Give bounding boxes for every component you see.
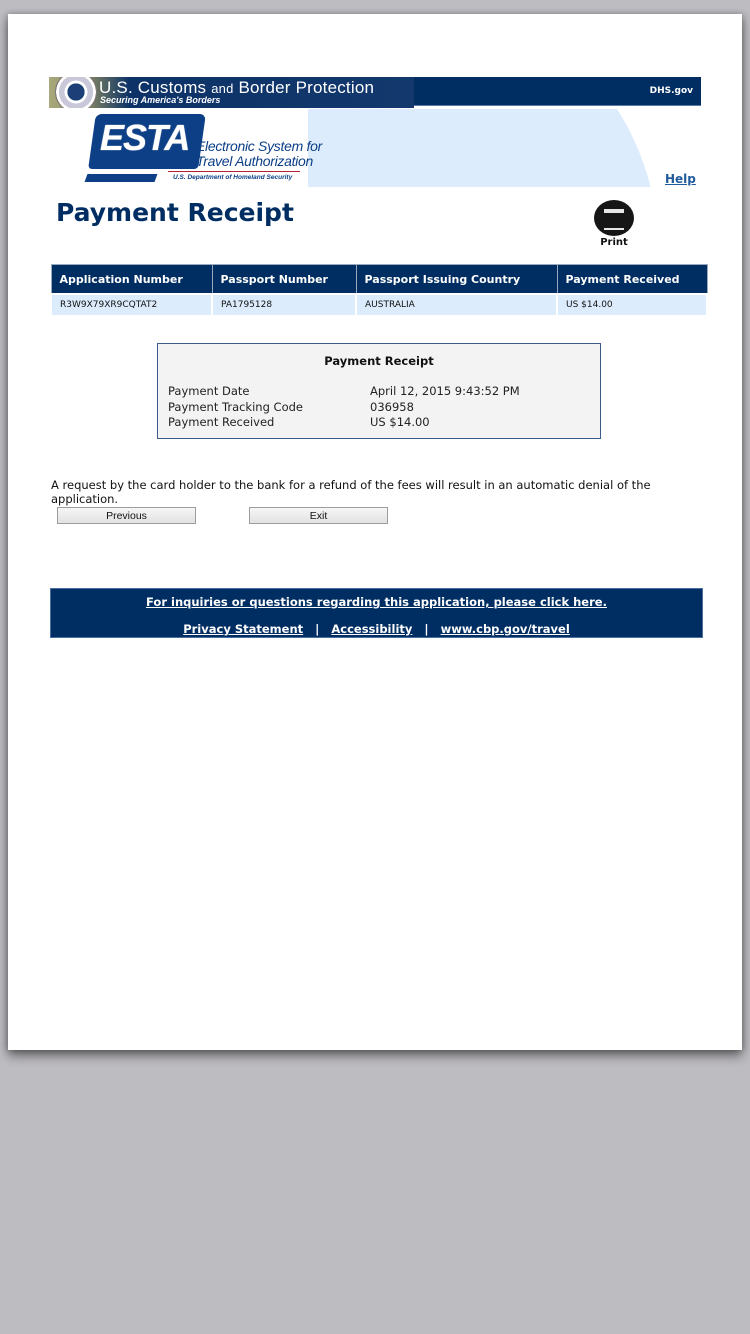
- receipt-title: Payment Receipt: [158, 354, 600, 368]
- header-background-arc: [308, 109, 663, 187]
- application-summary-table: Application Number Passport Number Passp…: [50, 264, 708, 317]
- cell-payment-received: US $14.00: [557, 294, 707, 316]
- program-name-line1: Electronic System for: [196, 139, 322, 154]
- agency-tagline: Securing America's Borders: [100, 95, 220, 105]
- agency-title-rest: Border Protection: [238, 78, 374, 97]
- footer-separator: |: [315, 622, 319, 636]
- dhs-bar: DHS.gov: [414, 77, 701, 106]
- help-link[interactable]: Help: [665, 172, 696, 186]
- esta-logo-text: ESTA: [100, 117, 189, 159]
- payment-receipt-panel: Payment Receipt Payment Date April 12, 2…: [157, 343, 601, 439]
- print-document-icon: [594, 200, 634, 236]
- receipt-value: 036958: [370, 400, 414, 414]
- column-header-passport-number: Passport Number: [212, 265, 356, 295]
- print-label: Print: [592, 237, 636, 248]
- inquiries-link[interactable]: For inquiries or questions regarding thi…: [146, 595, 607, 609]
- privacy-statement-link[interactable]: Privacy Statement: [183, 622, 303, 636]
- esta-logo-stripe: [85, 174, 158, 182]
- agency-title-and: and: [211, 81, 233, 96]
- table-row: R3W9X79XR9CQTAT2 PA1795128 AUSTRALIA US …: [51, 294, 707, 316]
- footer-inquiries: For inquiries or questions regarding thi…: [51, 591, 702, 610]
- footer-links: Privacy Statement | Accessibility | www.…: [51, 622, 702, 636]
- page-title: Payment Receipt: [56, 198, 294, 227]
- table-header-row: Application Number Passport Number Passp…: [51, 265, 707, 295]
- print-button[interactable]: Print: [592, 200, 636, 250]
- column-header-payment-received: Payment Received: [557, 265, 707, 295]
- column-header-application-number: Application Number: [51, 265, 212, 295]
- column-header-issuing-country: Passport Issuing Country: [356, 265, 557, 295]
- exit-button[interactable]: Exit: [249, 507, 388, 524]
- previous-button[interactable]: Previous: [57, 507, 196, 524]
- cell-passport-number: PA1795128: [212, 294, 356, 316]
- footer: For inquiries or questions regarding thi…: [50, 588, 703, 638]
- receipt-value: April 12, 2015 9:43:52 PM: [370, 384, 520, 398]
- receipt-value: US $14.00: [370, 415, 430, 429]
- dhs-gov-link[interactable]: DHS.gov: [650, 86, 693, 96]
- document-page: U.S. Customs and Border Protection Secur…: [8, 14, 742, 1050]
- program-name: Electronic System for Travel Authorizati…: [196, 139, 322, 169]
- logo-divider: [168, 171, 300, 172]
- footer-separator: |: [424, 622, 428, 636]
- cbp-banner: U.S. Customs and Border Protection Secur…: [49, 77, 414, 108]
- receipt-label: Payment Date: [168, 384, 250, 398]
- refund-notice: A request by the card holder to the bank…: [51, 478, 701, 506]
- accessibility-link[interactable]: Accessibility: [331, 622, 412, 636]
- dhs-seal-icon: [55, 77, 97, 108]
- cell-application-number: R3W9X79XR9CQTAT2: [51, 294, 212, 316]
- cbp-travel-link[interactable]: www.cbp.gov/travel: [441, 622, 570, 636]
- cell-issuing-country: AUSTRALIA: [356, 294, 557, 316]
- receipt-label: Payment Tracking Code: [168, 400, 303, 414]
- program-name-line2: Travel Authorization: [196, 154, 322, 169]
- department-name: U.S. Department of Homeland Security: [173, 174, 292, 181]
- receipt-label: Payment Received: [168, 415, 274, 429]
